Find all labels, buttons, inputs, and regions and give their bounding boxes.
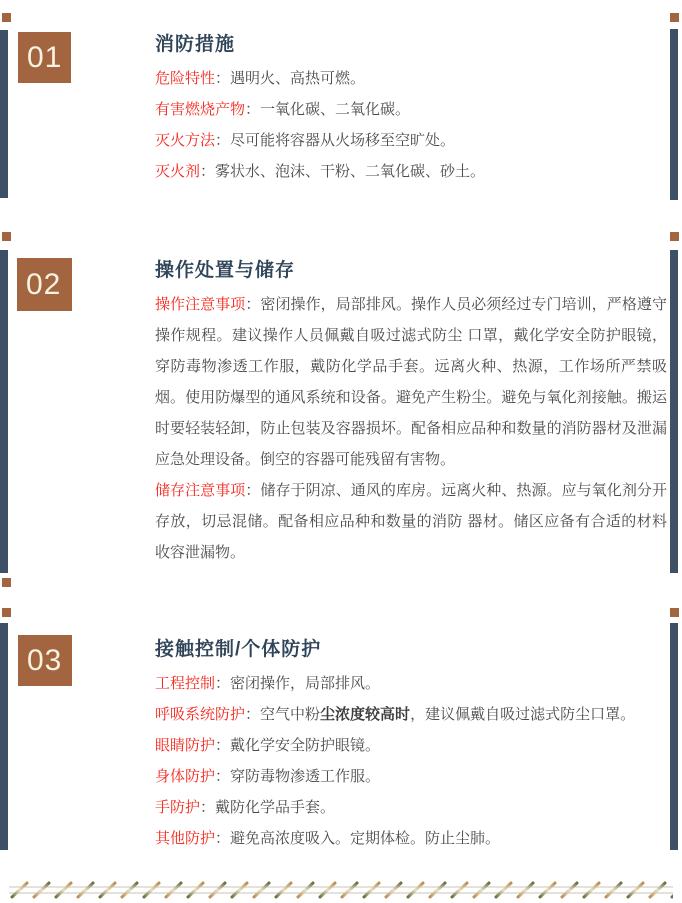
colon: ：	[215, 132, 230, 149]
item-text: 戴化学安全防护眼镜。	[230, 737, 380, 754]
section-title: 操作处置与储存	[155, 259, 667, 283]
item-label: 身体防护	[155, 768, 215, 785]
accent-square	[670, 13, 679, 22]
item-text: 密闭操作，局部排风。操作人员必须经过专门培训，严格遵守操作规程。建议操作人员佩戴…	[155, 296, 667, 468]
left-edge-bar	[0, 250, 8, 573]
section-number: 01	[27, 41, 62, 75]
labeled-item: 呼吸系统防护：空气中粉尘浓度较高时，建议佩戴自吸过滤式防尘口罩。	[155, 699, 667, 730]
item-label: 储存注意事项	[155, 482, 245, 499]
colon: ：	[215, 830, 230, 847]
colon: ：	[245, 296, 260, 313]
labeled-item: 储存注意事项：储存于阴凉、通风的库房。远离火种、热源。应与氧化剂分开存放，切忌混…	[155, 475, 667, 568]
left-edge-bar	[0, 30, 8, 198]
item-label: 操作注意事项	[155, 296, 245, 313]
safety-data-sheet-page: 01 消防措施 危险特性：遇明火、高热可燃。 有害燃烧产物：一氧化碳、二氧化碳。…	[0, 0, 682, 903]
labeled-item: 身体防护：穿防毒物渗透工作服。	[155, 761, 667, 792]
item-text: 空气中粉	[260, 706, 320, 723]
section-number: 02	[26, 268, 61, 302]
item-label: 灭火剂	[155, 163, 200, 180]
section-content: 接触控制/个体防护 工程控制：密闭操作，局部排风。 呼吸系统防护：空气中粉尘浓度…	[155, 638, 667, 854]
colon: ：	[215, 675, 230, 692]
section-number-badge: 03	[18, 635, 72, 686]
labeled-item: 眼睛防护：戴化学安全防护眼镜。	[155, 730, 667, 761]
colon: ：	[215, 768, 230, 785]
colon: ：	[200, 163, 215, 180]
right-edge-bar	[670, 250, 678, 573]
labeled-item: 灭火剂：雾状水、泡沫、干粉、二氧化碳、砂土。	[155, 156, 667, 187]
labeled-item: 其他防护：避免高浓度吸入。定期体检。防止尘肺。	[155, 823, 667, 854]
item-label: 呼吸系统防护	[155, 706, 245, 723]
rope-border-decoration	[9, 879, 673, 901]
labeled-item: 有害燃烧产物：一氧化碳、二氧化碳。	[155, 94, 667, 125]
item-text: 密闭操作，局部排风。	[230, 675, 380, 692]
item-text: 戴防化学品手套。	[215, 799, 335, 816]
section-title: 消防措施	[155, 33, 667, 57]
item-text: 尽可能将容器从火场移至空旷处。	[230, 132, 455, 149]
colon: ：	[215, 737, 230, 754]
item-text: 避免高浓度吸入。定期体检。防止尘肺。	[230, 830, 500, 847]
section-number-badge: 02	[17, 258, 72, 311]
right-edge-bar	[670, 623, 678, 850]
item-text: 一氧化碳、二氧化碳。	[260, 101, 410, 118]
colon: ：	[245, 482, 260, 499]
colon: ：	[215, 70, 230, 87]
accent-square	[2, 232, 11, 241]
item-text: 穿防毒物渗透工作服。	[230, 768, 380, 785]
labeled-item: 手防护：戴防化学品手套。	[155, 792, 667, 823]
colon: ：	[245, 101, 260, 118]
item-text: ，建议佩戴自吸过滤式防尘口罩。	[410, 706, 635, 723]
left-edge-bar	[0, 623, 8, 850]
right-edge-bar	[670, 29, 678, 200]
labeled-item: 工程控制：密闭操作，局部排风。	[155, 668, 667, 699]
labeled-item: 灭火方法：尽可能将容器从火场移至空旷处。	[155, 125, 667, 156]
section-number-badge: 01	[18, 32, 71, 83]
labeled-item: 操作注意事项：密闭操作，局部排风。操作人员必须经过专门培训，严格遵守操作规程。建…	[155, 289, 667, 475]
accent-square	[2, 13, 11, 22]
colon: ：	[245, 706, 260, 723]
item-text: 遇明火、高热可燃。	[230, 70, 365, 87]
colon: ：	[200, 799, 215, 816]
accent-square	[2, 608, 11, 617]
item-label: 有害燃烧产物	[155, 101, 245, 118]
item-label: 手防护	[155, 799, 200, 816]
item-label: 眼睛防护	[155, 737, 215, 754]
section-content: 消防措施 危险特性：遇明火、高热可燃。 有害燃烧产物：一氧化碳、二氧化碳。 灭火…	[155, 33, 667, 187]
item-text: 雾状水、泡沫、干粉、二氧化碳、砂土。	[215, 163, 485, 180]
item-label: 工程控制	[155, 675, 215, 692]
item-text-bold: 尘浓度较高时	[320, 706, 410, 723]
section-number: 03	[27, 644, 62, 678]
accent-square	[670, 232, 679, 241]
item-label: 灭火方法	[155, 132, 215, 149]
accent-square	[2, 578, 11, 587]
labeled-item: 危险特性：遇明火、高热可燃。	[155, 63, 667, 94]
accent-square	[670, 608, 679, 617]
item-label: 其他防护	[155, 830, 215, 847]
section-content: 操作处置与储存 操作注意事项：密闭操作，局部排风。操作人员必须经过专门培训，严格…	[155, 259, 667, 568]
item-label: 危险特性	[155, 70, 215, 87]
section-title: 接触控制/个体防护	[155, 638, 667, 662]
